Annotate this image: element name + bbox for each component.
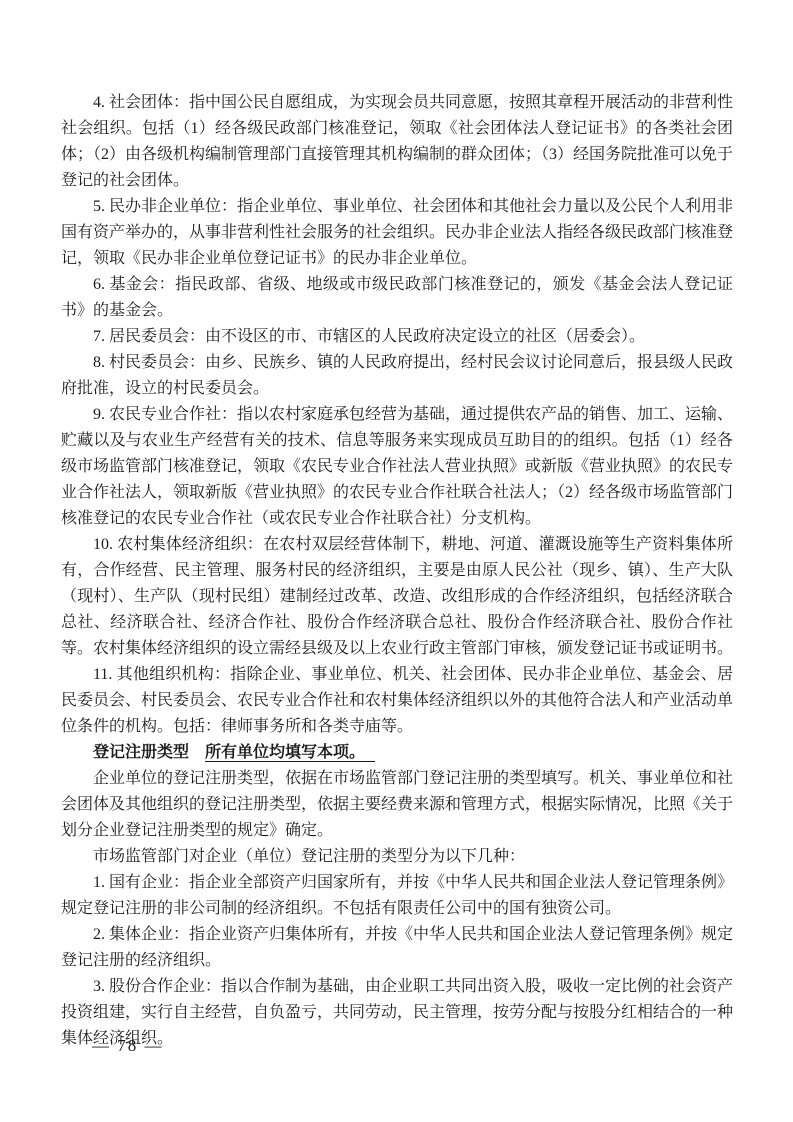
paragraph-definition-5: 5. 民办非企业单位：指企业单位、事业单位、社会团体和其他社会力量以及公民个人利…	[61, 194, 733, 272]
paragraph-definition-8: 8. 村民委员会：由乡、民族乡、镇的人民政府提出，经村民会议讨论同意后，报县级人…	[61, 350, 733, 402]
page-number: — 78 —	[92, 1036, 164, 1056]
paragraph-type-2-collective: 2. 集体企业：指企业资产归集体所有，并按《中华人民共和国企业法人登记管理条例》…	[61, 922, 733, 974]
paragraph-registration-intro: 企业单位的登记注册类型，依据在市场监管部门登记注册的类型填写。机关、事业单位和社…	[61, 766, 733, 844]
paragraph-definition-7: 7. 居民委员会：由不设区的市、市辖区的人民政府决定设立的社区（居委会）。	[61, 324, 733, 350]
document-page: 4. 社会团体：指中国公民自愿组成，为实现会员共同意愿，按照其章程开展活动的非营…	[0, 0, 793, 1122]
paragraph-type-1-state-owned: 1. 国有企业：指企业全部资产归国家所有，并按《中华人民共和国企业法人登记管理条…	[61, 870, 733, 922]
paragraph-definition-4: 4. 社会团体：指中国公民自愿组成，为实现会员共同意愿，按照其章程开展活动的非营…	[61, 90, 733, 194]
paragraph-definition-6: 6. 基金会：指民政部、省级、地级或市级民政部门核准登记的，颁发《基金会法人登记…	[61, 272, 733, 324]
paragraph-definition-9: 9. 农民专业合作社：指以农村家庭承包经营为基础，通过提供农产品的销售、加工、运…	[61, 402, 733, 532]
paragraph-registration-list-intro: 市场监管部门对企业（单位）登记注册的类型分为以下几种：	[61, 844, 733, 870]
paragraph-definition-10: 10. 农村集体经济组织：在农村双层经营体制下，耕地、河道、灌溉设施等生产资料集…	[61, 532, 733, 662]
document-body: 4. 社会团体：指中国公民自愿组成，为实现会员共同意愿，按照其章程开展活动的非营…	[61, 90, 733, 1052]
registration-type-heading-note: 所有单位均填写本项。	[205, 744, 375, 762]
registration-type-heading-title: 登记注册类型	[93, 744, 189, 761]
registration-type-heading: 登记注册类型所有单位均填写本项。	[61, 740, 733, 766]
paragraph-definition-11: 11. 其他组织机构：指除企业、事业单位、机关、社会团体、民办非企业单位、基金会…	[61, 662, 733, 740]
